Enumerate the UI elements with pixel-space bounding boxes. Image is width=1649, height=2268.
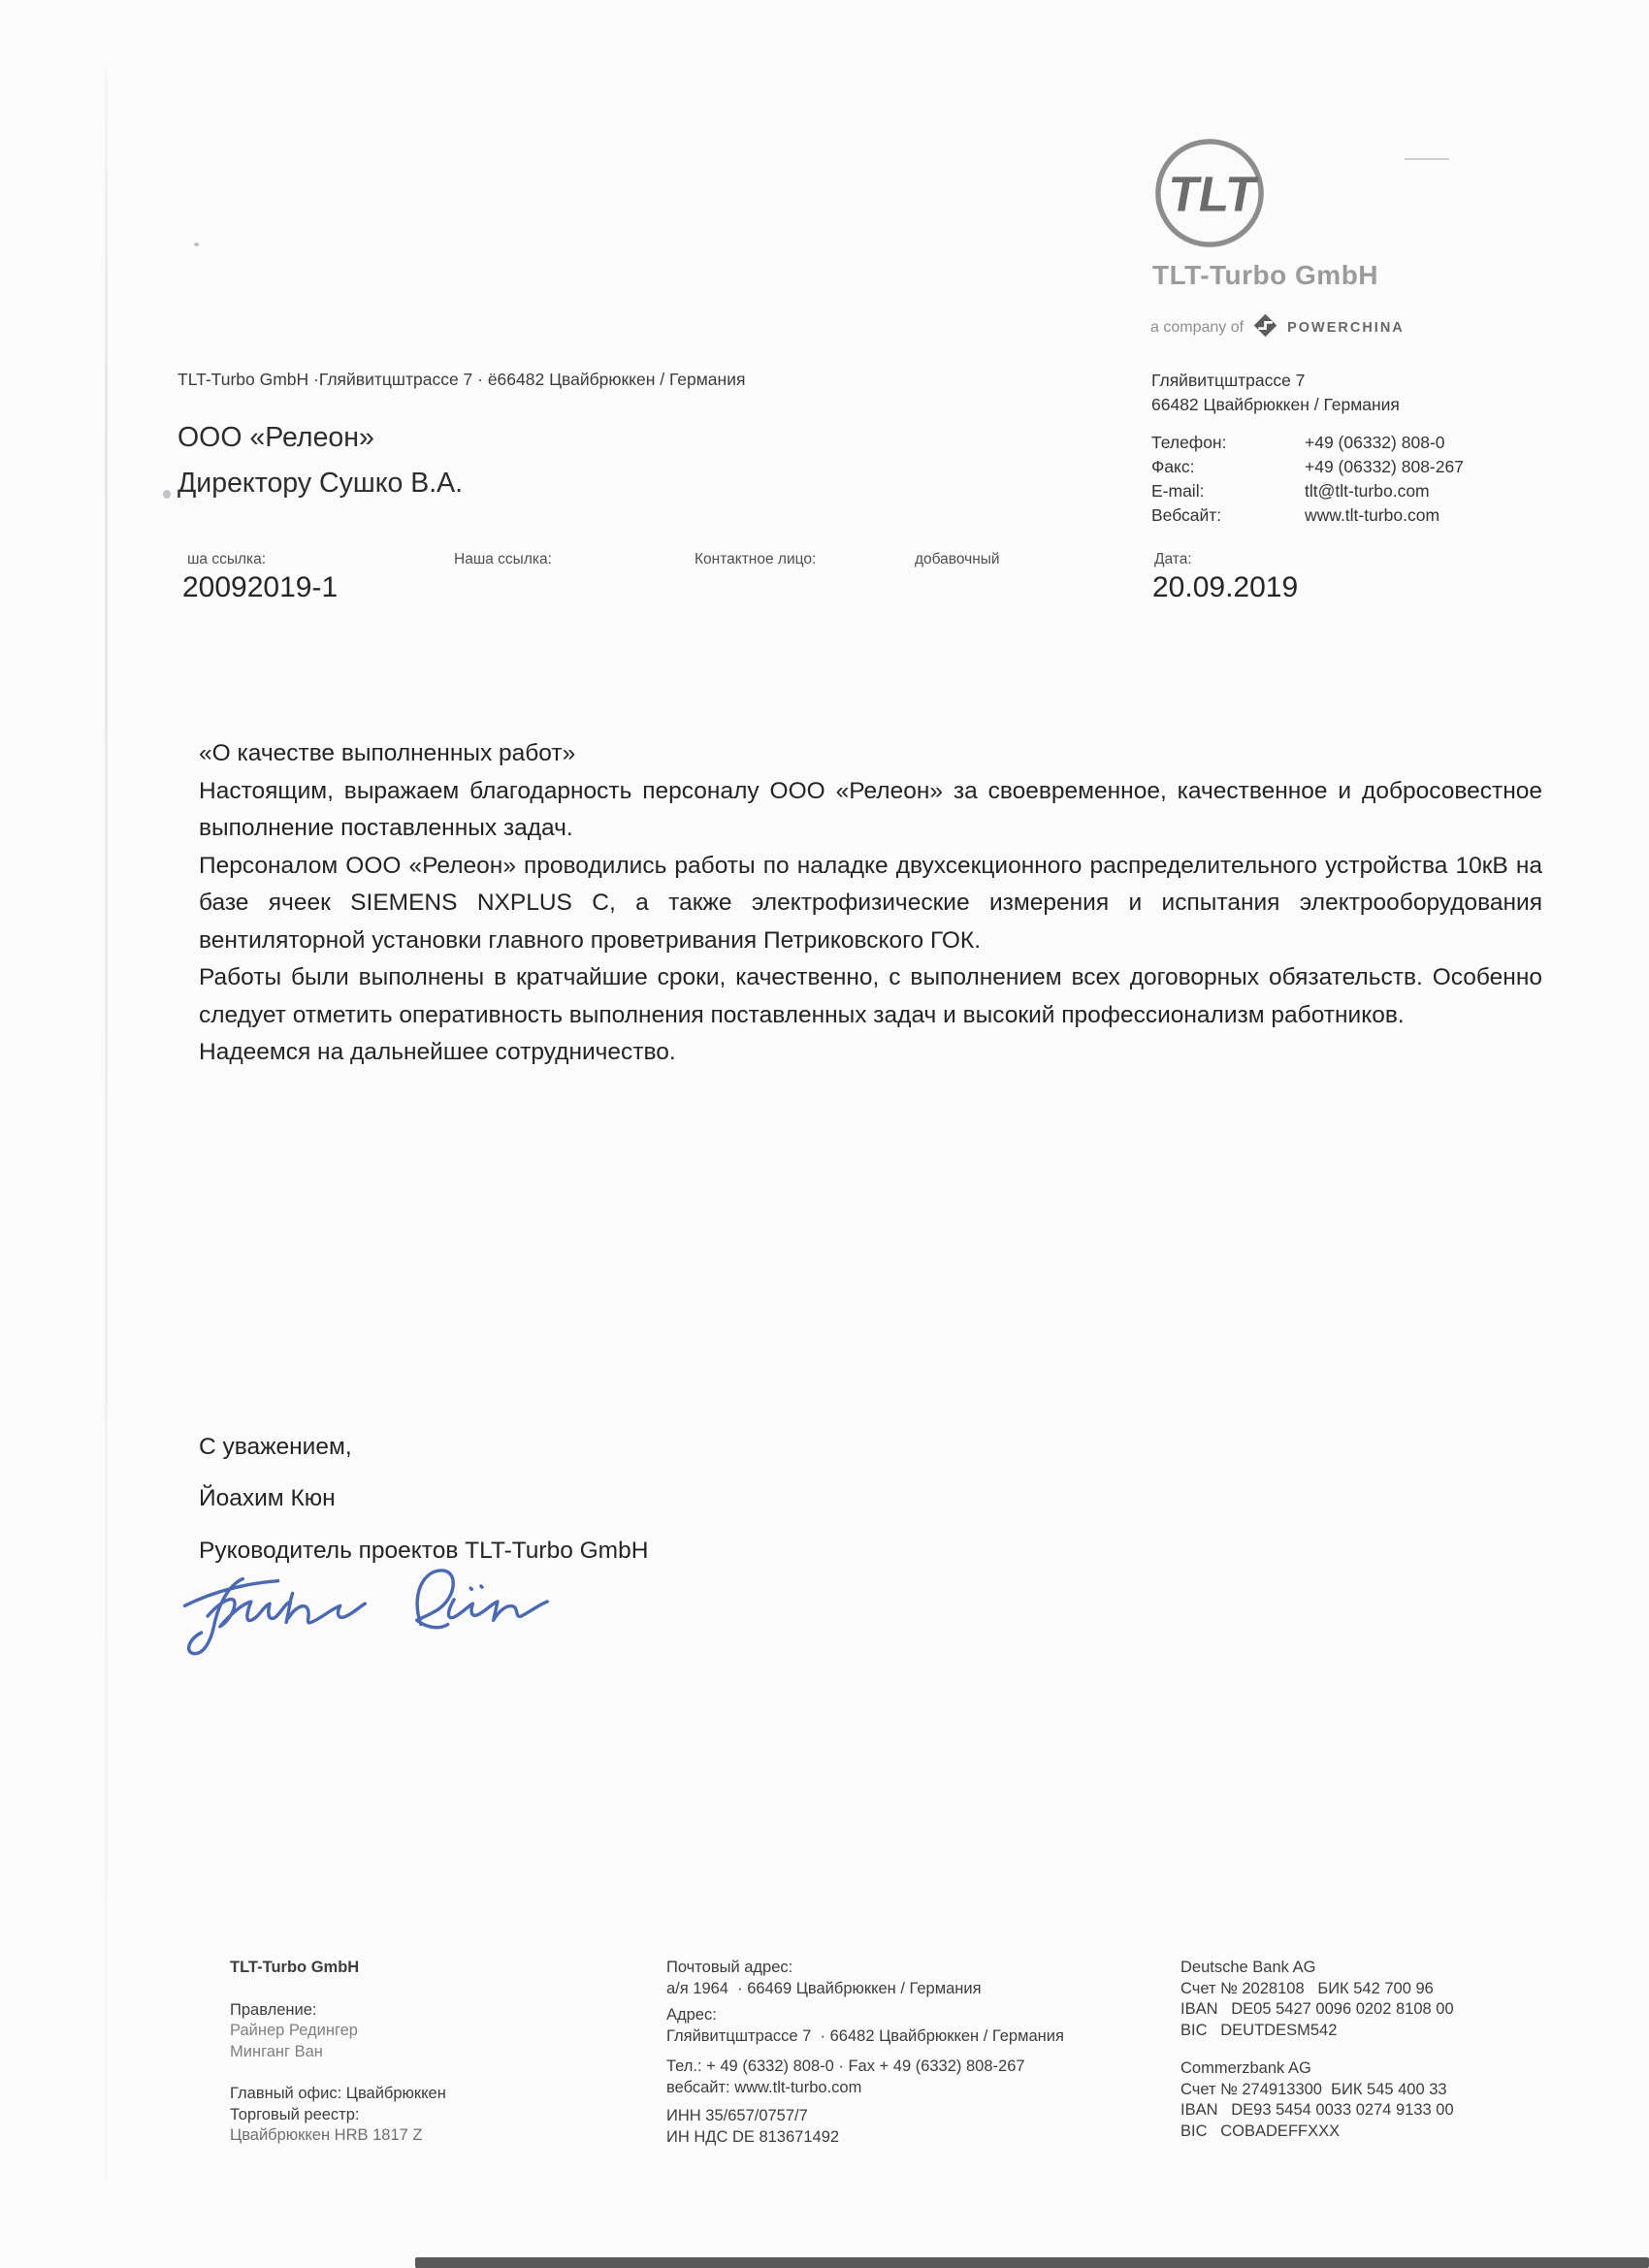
footer-website-line: вебсайт: www.tlt-turbo.com [666, 2078, 1064, 2099]
contact-label: Факс: [1151, 455, 1305, 479]
extension-label: добавочный [915, 551, 1000, 568]
letter-subject: «О качестве выполненных работ» [199, 735, 1542, 773]
board-member: Минганг Ван [230, 2042, 446, 2063]
letter-paragraph: Надеемся на дальнейшее сотрудничество. [199, 1034, 1542, 1072]
contact-city: 66482 Цвайбрюккен / Германия [1151, 393, 1464, 417]
contact-row-website: Вебсайт: www.tlt-turbo.com [1151, 503, 1464, 528]
footer-phone-line: Тел.: + 49 (6332) 808-0 · Fax + 49 (6332… [666, 2057, 1064, 2078]
tlt-logo-icon: TLT [1152, 136, 1267, 255]
recipient-block: ООО «Релеон» Директору Сушко В.А. [178, 415, 463, 506]
recipient-person: Директору Сушко В.А. [178, 461, 463, 506]
postal-address-group: Почтовый адрес: а/я 1964 · 66469 Цвайбрю… [666, 1958, 1064, 1999]
powerchina-icon [1252, 312, 1278, 343]
bank-bic: BIC DEUTDESM542 [1180, 2021, 1454, 2042]
contact-row-phone: Телефон: +49 (06332) 808-0 [1151, 431, 1464, 455]
footer-address-column: Почтовый адрес: а/я 1964 · 66469 Цвайбрю… [666, 1958, 1064, 2148]
svg-text:TLT: TLT [1164, 166, 1261, 222]
scan-artifact-bottom-bar [415, 2257, 1649, 2268]
scan-artifact-left-edge [105, 68, 108, 2183]
street-label: Адрес: [666, 2005, 1064, 2026]
head-office-line: Главный офис: Цвайбрюккен [230, 2084, 446, 2105]
letter-body: «О качестве выполненных работ» Настоящим… [199, 735, 1542, 1072]
contact-rows: Телефон: +49 (06332) 808-0 Факс: +49 (06… [1151, 431, 1464, 528]
board-member: Райнер Редингер [230, 2021, 446, 2042]
handwritten-signature-icon [177, 1557, 560, 1680]
letter-paragraph: Настоящим, выражаем благодарность персон… [199, 773, 1542, 848]
registry-label: Торговый реестр: [230, 2105, 446, 2126]
scanned-letter-page: TLT TLT-Turbo GmbH a company of POWERCHI… [0, 0, 1649, 2268]
signer-name: Йоахим Кюн [199, 1485, 336, 1512]
your-ref-label: ша ссылка: [187, 551, 266, 568]
our-ref-label: Наша ссылка: [454, 551, 552, 568]
bank-name: Deutsche Bank AG [1180, 1958, 1454, 1979]
inn-line: ИНН 35/657/0757/7 [666, 2106, 1064, 2127]
date-label: Дата: [1154, 551, 1192, 568]
bank-bic: BIC COBADEFFXXX [1180, 2122, 1454, 2143]
postal-label: Почтовый адрес: [666, 1958, 1064, 1979]
contact-street: Гляйвитцштрассе 7 [1151, 369, 1464, 393]
footer-banks-column: Deutsche Bank AG Счет № 2028108 БИК 542 … [1180, 1958, 1454, 2142]
parent-company-line: a company of POWERCHINA [1150, 312, 1405, 343]
company-of-label: a company of [1150, 319, 1244, 337]
tax-group: ИНН 35/657/0757/7 ИН НДС DE 813671492 [666, 2106, 1064, 2148]
bank-account: Счет № 274913300 БИК 545 400 33 [1180, 2080, 1454, 2101]
postal-value: а/я 1964 · 66469 Цвайбрюккен / Германия [666, 1979, 1064, 2000]
contact-label: Телефон: [1151, 431, 1305, 455]
footer-company-column: TLT-Turbo GmbH Правление: Райнер Рединге… [230, 1958, 446, 2147]
sender-return-address: TLT-Turbo GmbH ·Гляйвитцштрассе 7 · ё664… [178, 370, 745, 390]
street-value: Гляйвитцштрассе 7 · 66482 Цвайбрюккен / … [666, 2026, 1064, 2048]
contact-row-fax: Факс: +49 (06332) 808-267 [1151, 455, 1464, 479]
letter-paragraph: Работы были выполнены в кратчайшие сроки… [199, 959, 1542, 1034]
board-label: Правление: [230, 2000, 446, 2022]
your-ref-value: 20092019-1 [182, 571, 338, 604]
bank-name: Commerzbank AG [1180, 2058, 1454, 2080]
closing-salutation: С уважением, [199, 1434, 352, 1461]
letter-paragraph: Персоналом ООО «Релеон» проводились рабо… [199, 848, 1542, 960]
recipient-company: ООО «Релеон» [178, 415, 463, 461]
street-address-group: Адрес: Гляйвитцштрассе 7 · 66482 Цвайбрю… [666, 2005, 1064, 2047]
registry-value: Цвайбрюккен HRB 1817 Z [230, 2125, 446, 2147]
parent-company-name: POWERCHINA [1287, 320, 1405, 336]
vat-line: ИН НДС DE 813671492 [666, 2127, 1064, 2149]
bank-iban: IBAN DE05 5427 0096 0202 8108 00 [1180, 1999, 1454, 2021]
bank-account: Счет № 2028108 БИК 542 700 96 [1180, 1979, 1454, 2000]
phone-web-group: Тел.: + 49 (6332) 808-0 · Fax + 49 (6332… [666, 2057, 1064, 2098]
contact-person-label: Контактное лицо: [695, 551, 816, 568]
contact-value: tlt@tlt-turbo.com [1305, 479, 1430, 503]
footer-company-title: TLT-Turbo GmbH [230, 1958, 446, 1979]
contact-row-email: E-mail: tlt@tlt-turbo.com [1151, 479, 1464, 503]
bank-iban: IBAN DE93 5454 0033 0274 9133 00 [1180, 2100, 1454, 2122]
contact-label: E-mail: [1151, 479, 1305, 503]
contact-block: Гляйвитцштрассе 7 66482 Цвайбрюккен / Ге… [1151, 369, 1464, 528]
contact-label: Вебсайт: [1151, 503, 1305, 528]
scan-artifact-speck [194, 243, 199, 246]
logo-company-name: TLT-Turbo GmbH [1152, 260, 1378, 291]
contact-value: +49 (06332) 808-267 [1305, 455, 1464, 479]
date-value: 20.09.2019 [1152, 571, 1298, 604]
scan-artifact-speck [1405, 158, 1449, 160]
contact-value: www.tlt-turbo.com [1305, 503, 1439, 528]
bank-block: Commerzbank AG Счет № 274913300 БИК 545 … [1180, 2058, 1454, 2142]
contact-value: +49 (06332) 808-0 [1305, 431, 1445, 455]
scan-artifact-speck [163, 490, 171, 499]
bank-block: Deutsche Bank AG Счет № 2028108 БИК 542 … [1180, 1958, 1454, 2041]
